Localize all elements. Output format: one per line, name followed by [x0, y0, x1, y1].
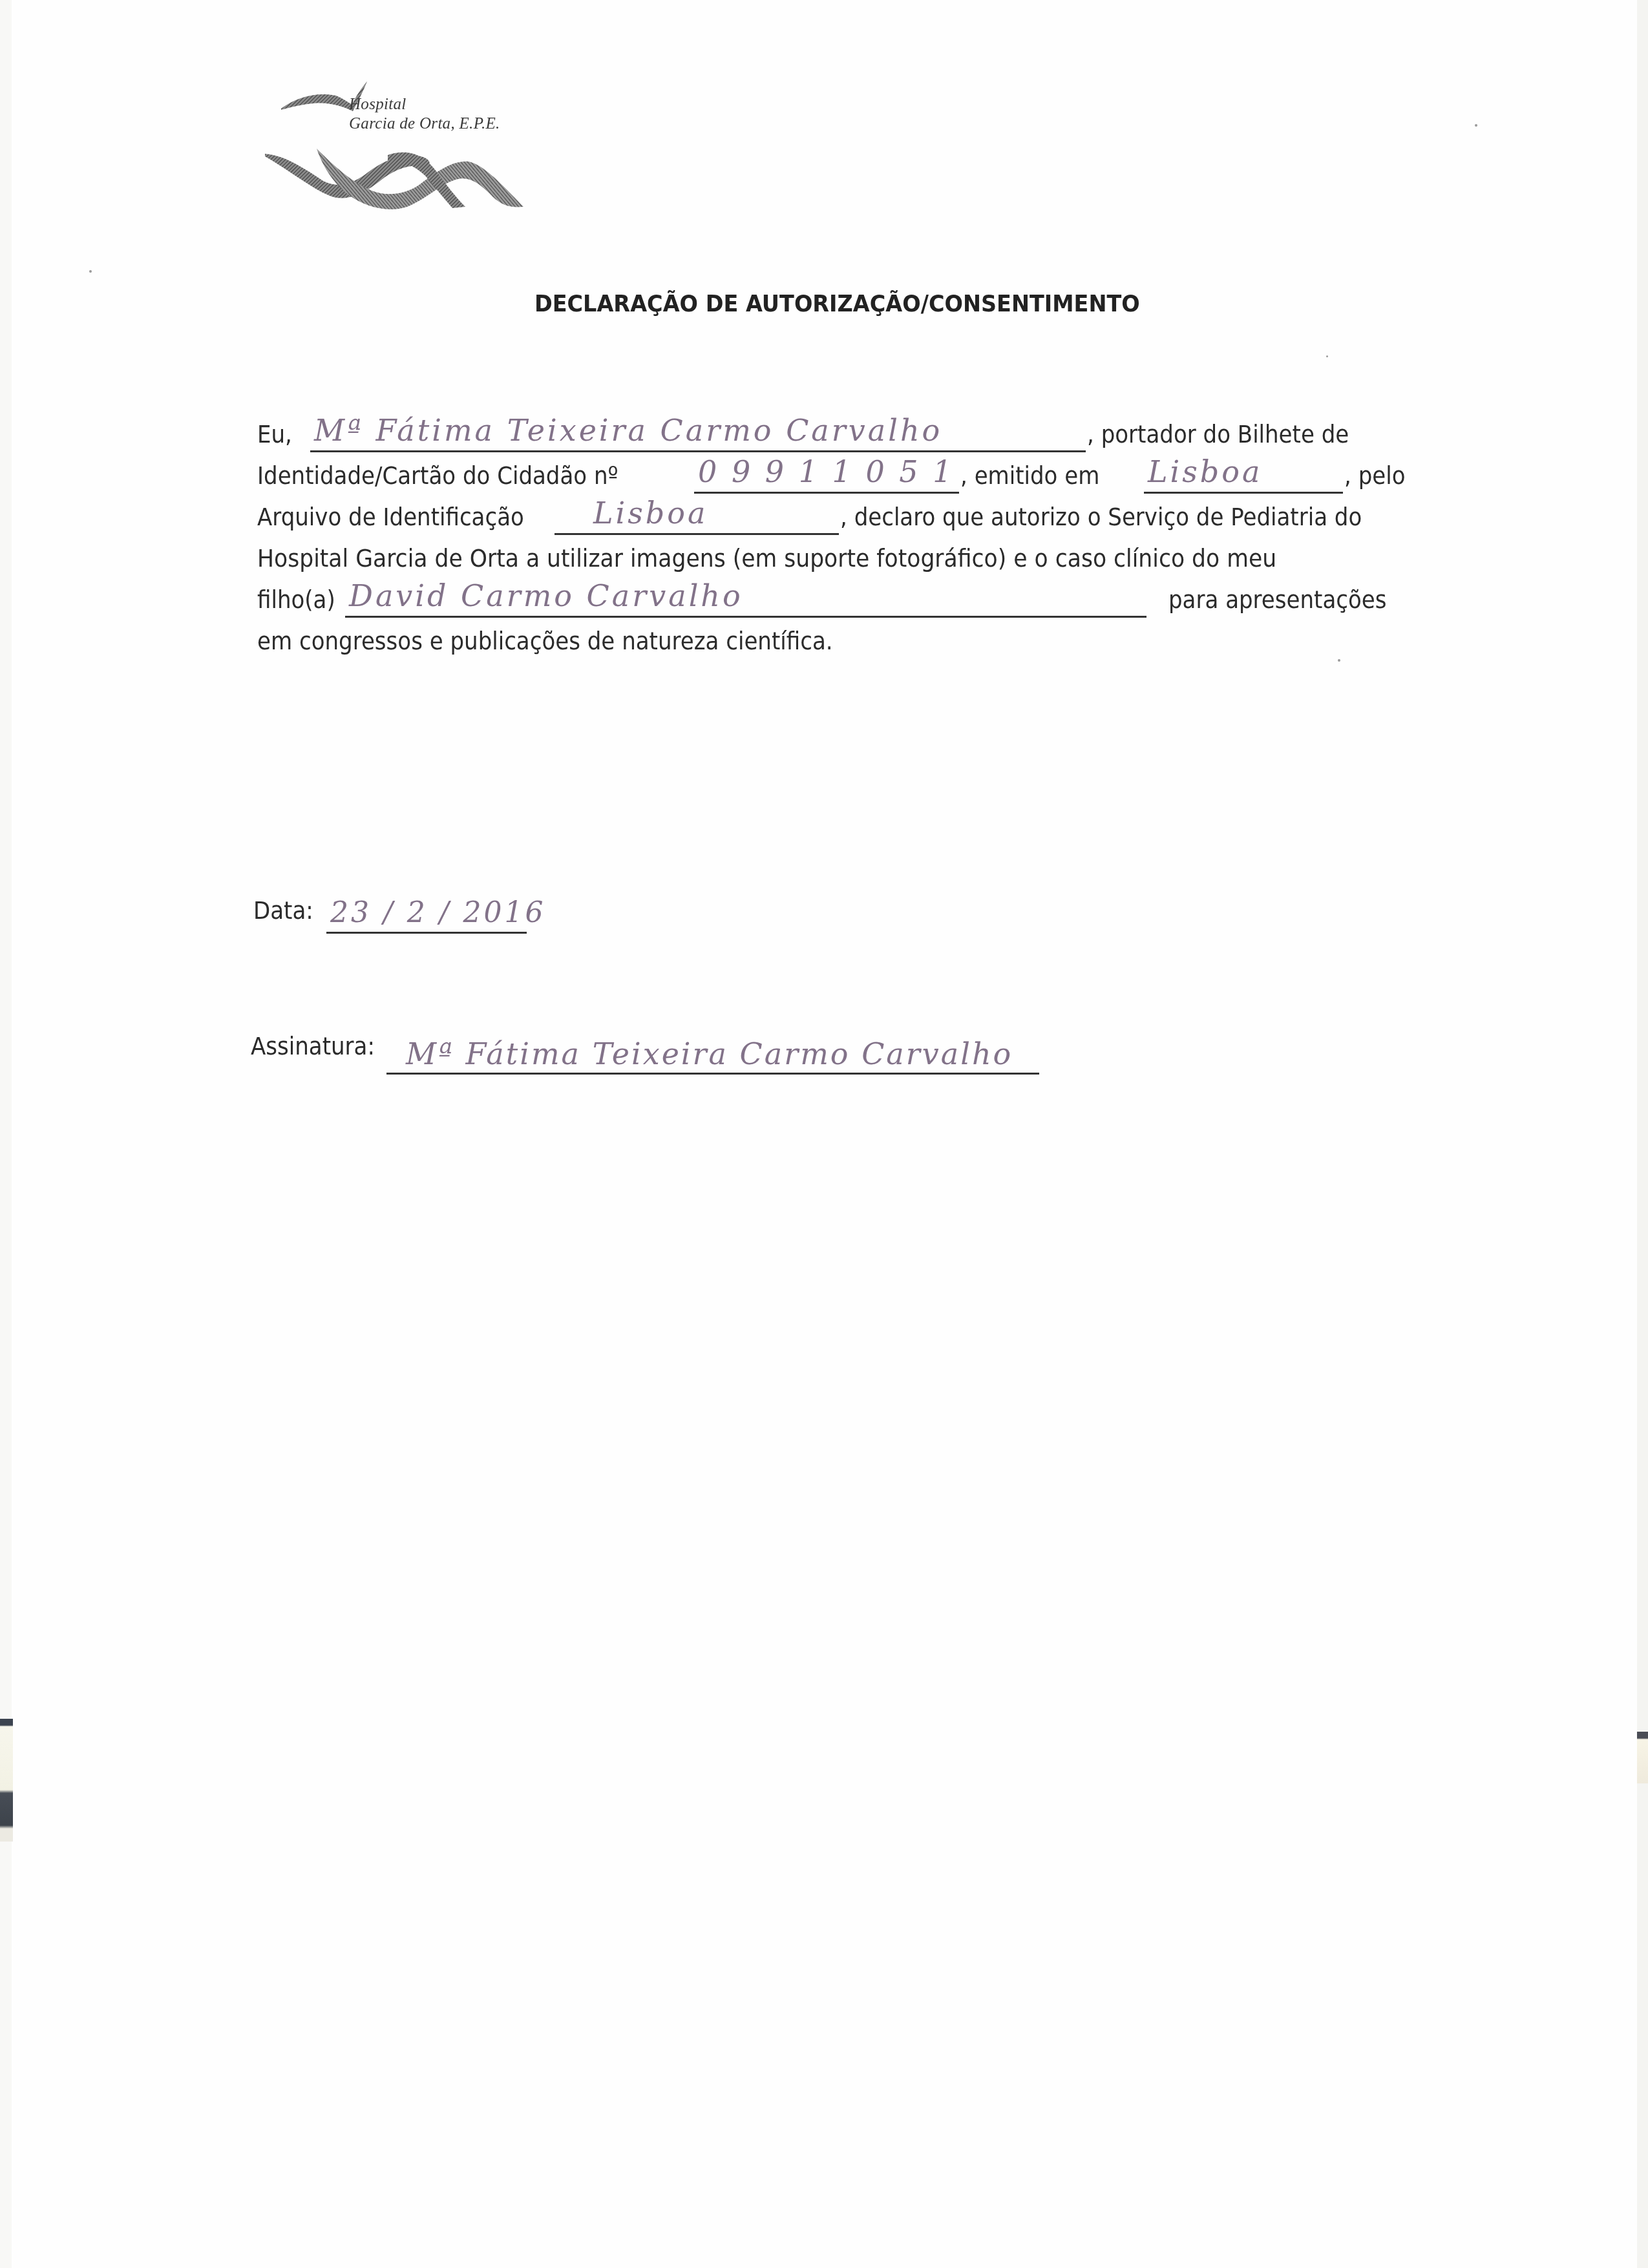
scan-artifact-left — [0, 1719, 13, 1842]
scan-speck — [89, 270, 92, 273]
paragraph-line-6: em congressos e publicações de natureza … — [257, 620, 1414, 659]
paragraph-line-5: filho(a) David Carmo Carvalho para apres… — [257, 579, 1414, 618]
paragraph-line-4: Hospital Garcia de Orta a utilizar image… — [257, 538, 1414, 576]
issued-in-value: Lisboa — [1148, 454, 1262, 489]
scan-speck — [1326, 355, 1328, 357]
label-arquivo: Arquivo de Identificação — [257, 503, 524, 531]
label-hospital-line: Hospital Garcia de Orta a utilizar image… — [257, 545, 1276, 572]
paragraph-line-2: Identidade/Cartão do Cidadão nº 0 9 9 1 … — [257, 455, 1414, 494]
archive-field[interactable]: Lisboa — [555, 501, 839, 535]
id-number-field[interactable]: 0 9 9 1 1 0 5 1 — [694, 459, 959, 494]
hospital-logo: Hospital Garcia de Orta, E.P.E. — [259, 58, 530, 213]
scan-artifact-right — [1637, 1732, 1648, 1783]
id-number-value: 0 9 9 1 1 0 5 1 — [698, 454, 955, 489]
child-name-value: David Carmo Carvalho — [349, 578, 743, 613]
document-title: DECLARAÇÃO DE AUTORIZAÇÃO/CONSENTIMENTO — [59, 291, 1616, 317]
paragraph-line-1: Eu, Mª Fátima Teixeira Carmo Carvalho , … — [257, 414, 1414, 452]
signature-value: Mª Fátima Teixeira Carmo Carvalho — [406, 1036, 1013, 1071]
full-name-value: Mª Fátima Teixeira Carmo Carvalho — [314, 413, 942, 448]
child-name-field[interactable]: David Carmo Carvalho — [345, 583, 1146, 618]
scanned-page: Hospital Garcia de Orta, E.P.E. DECLARAÇ… — [0, 0, 1648, 2268]
logo-text-hospital: Hospital — [349, 96, 407, 114]
date-label: Data: — [253, 897, 313, 925]
scan-speck — [1475, 124, 1477, 127]
label-filho: filho(a) — [257, 586, 335, 614]
archive-value: Lisboa — [593, 496, 708, 530]
signature-field[interactable]: Mª Fátima Teixeira Carmo Carvalho — [386, 1040, 1039, 1075]
signature-label: Assinatura: — [251, 1033, 375, 1060]
label-declaro: , declaro que autorizo o Serviço de Pedi… — [840, 503, 1362, 531]
label-eu: Eu, — [257, 421, 292, 448]
label-para: para apresentações — [1168, 586, 1386, 614]
seagull-wave-logo-icon — [259, 58, 530, 213]
scan-speck — [1338, 659, 1340, 662]
date-value: 23 / 2 / 2016 — [330, 896, 546, 929]
issued-in-field[interactable]: Lisboa — [1144, 459, 1343, 494]
label-identidade: Identidade/Cartão do Cidadão nº — [257, 462, 618, 490]
scan-edge-left — [0, 0, 12, 2268]
scan-edge-right — [1637, 0, 1648, 2268]
label-emitido: , emitido em — [960, 462, 1099, 490]
label-final-line: em congressos e publicações de natureza … — [257, 627, 833, 655]
date-field[interactable]: 23 / 2 / 2016 — [326, 899, 527, 934]
label-pelo: , pelo — [1344, 462, 1405, 490]
full-name-field[interactable]: Mª Fátima Teixeira Carmo Carvalho — [310, 418, 1086, 452]
label-portador: , portador do Bilhete de — [1087, 421, 1349, 448]
paragraph-line-3: Arquivo de Identificação Lisboa , declar… — [257, 496, 1414, 535]
logo-text-name: Garcia de Orta, E.P.E. — [349, 115, 500, 133]
